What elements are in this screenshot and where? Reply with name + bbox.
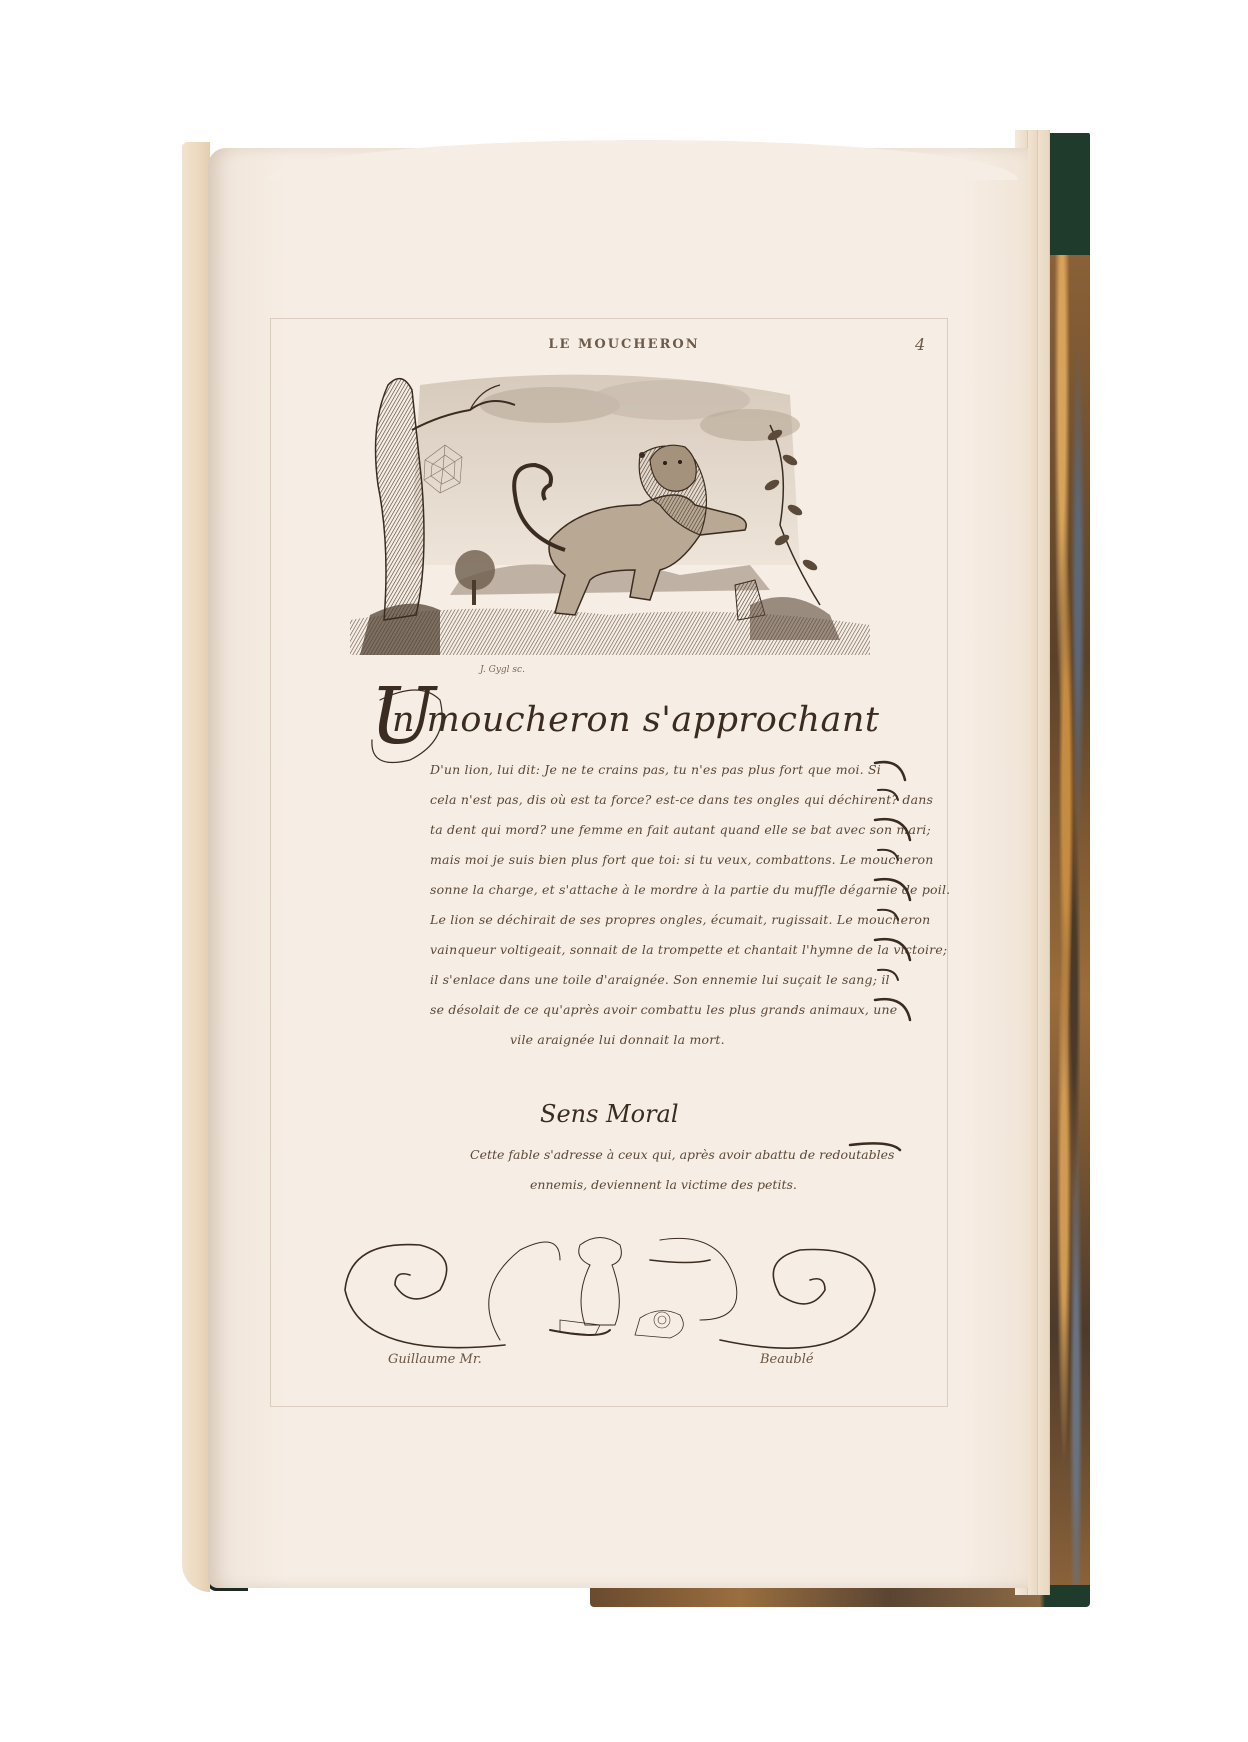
fable-line: il s'enlace dans une toile d'araignée. S… — [430, 972, 890, 987]
calligrapher-signature: Guillaume Mr. — [388, 1352, 482, 1367]
fable-line: mais moi je suis bien plus fort que toi:… — [430, 852, 934, 867]
fable-line: vainqueur voltigeait, sonnait de la trom… — [430, 942, 947, 957]
fable-line: cela n'est pas, dis où est ta force? est… — [430, 792, 933, 807]
moral-title: Sens Moral — [540, 1100, 679, 1128]
left-leaf-curl — [182, 142, 210, 1592]
lion-and-gnat-engraving — [350, 365, 870, 655]
fable-line: vile araignée lui donnait la mort. — [510, 1032, 725, 1047]
fable-line: Le lion se déchirait de ses propres ongl… — [430, 912, 930, 927]
engraver-signature: J. Gygl sc. — [480, 665, 525, 675]
moral-line: Cette fable s'adresse à ceux qui, après … — [470, 1147, 894, 1162]
book-photo: LE MOUCHERON 4 — [0, 0, 1248, 1742]
fable-headline: n moucheron s'approchant — [392, 700, 879, 740]
fable-line: se désolait de ce qu'après avoir combatt… — [430, 1002, 897, 1017]
plate-title: LE MOUCHERON — [0, 337, 1248, 352]
plate-number: 4 — [915, 335, 925, 354]
moral-line: ennemis, deviennent la victime des petit… — [530, 1177, 797, 1192]
fable-line: D'un lion, lui dit: Je ne te crains pas,… — [430, 762, 881, 777]
engraver-signature-right: Beaublé — [760, 1352, 814, 1367]
fable-line: ta dent qui mord? une femme en fait auta… — [430, 822, 931, 837]
book-board-marbled — [1050, 255, 1090, 1600]
fable-line: sonne la charge, et s'attache à le mordr… — [430, 882, 950, 897]
